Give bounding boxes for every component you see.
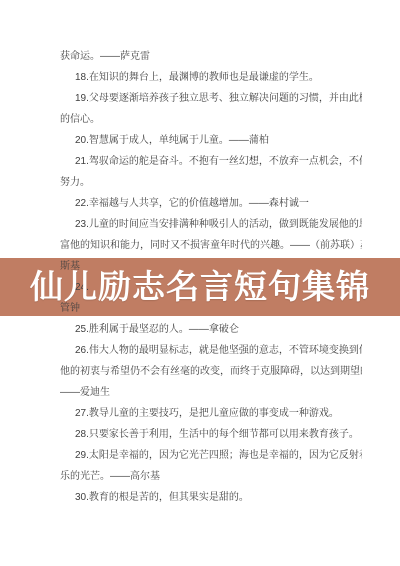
document-line: 的信心。 [60, 109, 362, 130]
document-line: 26.伟大人物的最明显标志，就是他坚强的意志，不管环境变换到何种地步， [60, 340, 362, 361]
document-line: 乐的光芒。——高尔基 [60, 466, 362, 487]
document-line: 20.智慧属于成人，单纯属于儿童。——蒲柏 [60, 130, 362, 151]
document-line: 30.教育的根是苦的，但其果实是甜的。 [60, 487, 362, 508]
document-line: 25.胜利属于最坚忍的人。——拿破仑 [60, 319, 362, 340]
document-line: 获命运。——萨克雷 [60, 46, 362, 67]
document-line: 21.驾驭命运的舵是奋斗。不抱有一丝幻想，不放弃一点机会，不停止一日 [60, 151, 362, 172]
document-line: 29.太阳是幸福的，因为它光芒四照；海也是幸福的，因为它反射着太阳欢 [60, 445, 362, 466]
document-line: 19.父母要逐渐培养孩子独立思考、独立解决问题的习惯，并由此树立孩子 [60, 88, 362, 109]
document-line: 28.只要家长善于利用，生活中的每个细节都可以用来教育孩子。 [60, 424, 362, 445]
document-line: 23.儿童的时间应当安排满种种吸引人的活动，做到既能发展他的思维，丰 [60, 214, 362, 235]
document-line: 努力。 [60, 172, 362, 193]
document-line: 22.幸福越与人共享，它的价值越增加。——森村诚一 [60, 193, 362, 214]
document-line: 18.在知识的舞台上，最渊博的教师也是最谦虚的学生。 [60, 67, 362, 88]
document-line: ——爱迪生 [60, 382, 362, 403]
banner-title: 仙儿励志名言短句集锦 [0, 258, 400, 316]
page: 获命运。——萨克雷18.在知识的舞台上，最渊博的教师也是最谦虚的学生。19.父母… [0, 0, 400, 566]
document-line: 27.教导儿童的主要技巧，是把儿童应做的事变成一种游戏。 [60, 403, 362, 424]
document-line: 富他的知识和能力，同时又不损害童年时代的兴趣。——（前苏联）苏霍姆林 [60, 235, 362, 256]
document-line: 他的初衷与希望仍不会有丝毫的改变，而终于克服障碍，以达到期望的目的。 [60, 361, 362, 382]
